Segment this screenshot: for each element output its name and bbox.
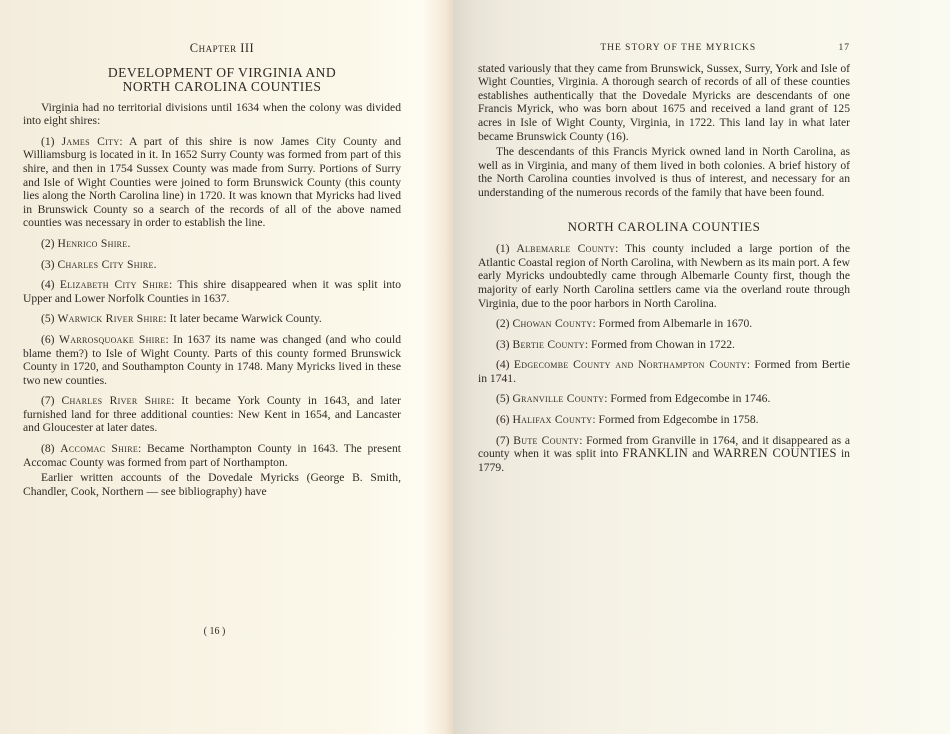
county-entry-1: (1) Albemarle County: This county includ… xyxy=(478,242,850,310)
page-number: 17 xyxy=(839,42,851,56)
continued-paragraph: stated variously that they came from Bru… xyxy=(478,62,850,144)
right-page: THE STORY OF THE MYRICKS 17 stated vario… xyxy=(453,0,950,734)
shire-name: Elizabeth City Shire xyxy=(60,278,169,291)
chapter-title-line2: NORTH CAROLINA COUNTIES xyxy=(43,80,401,94)
county-name: Bertie County xyxy=(512,338,584,351)
chapter-title: DEVELOPMENT OF VIRGINIA AND NORTH CAROLI… xyxy=(43,66,401,94)
chapter-label: Chapter III xyxy=(43,42,401,56)
shire-entry-2: (2) Henrico Shire. xyxy=(23,237,401,251)
shire-name: James City xyxy=(62,135,120,148)
page-folio: ( 16 ) xyxy=(0,626,441,637)
closing-paragraph: Earlier written accounts of the Dovedale… xyxy=(23,471,401,498)
county-name: Edgecombe County and Northampton County xyxy=(514,358,747,371)
county-name: Halifax County xyxy=(512,413,592,426)
shire-name: Accomac Shire xyxy=(60,442,138,455)
county-name: Albemarle County xyxy=(516,242,615,255)
right-page-text: THE STORY OF THE MYRICKS 17 stated vario… xyxy=(478,42,850,481)
county-entry-3: (3) Bertie County: Formed from Chowan in… xyxy=(478,338,850,352)
county-entry-6: (6) Halifax County: Formed from Edgecomb… xyxy=(478,413,850,427)
intro-paragraph: Virginia had no territorial divisions un… xyxy=(23,101,401,128)
shire-entry-4: (4) Elizabeth City Shire: This shire dis… xyxy=(23,278,401,305)
shire-name: Charles River Shire xyxy=(61,394,171,407)
county-entry-4: (4) Edgecombe County and Northampton Cou… xyxy=(478,358,850,385)
running-head: THE STORY OF THE MYRICKS 17 xyxy=(478,42,850,56)
shire-entry-5: (5) Warwick River Shire: It later became… xyxy=(23,312,401,326)
shire-name: Henrico Shire xyxy=(57,237,127,250)
section-heading: NORTH CAROLINA COUNTIES xyxy=(478,220,850,234)
shire-name: Warwick River Shire xyxy=(57,312,163,325)
county-name: Chowan County xyxy=(512,317,592,330)
county-name: Bute County xyxy=(513,434,579,447)
county-name: Granville County xyxy=(512,392,604,405)
chapter-title-line1: DEVELOPMENT OF VIRGINIA AND xyxy=(43,66,401,80)
county-entry-2: (2) Chowan County: Formed from Albemarle… xyxy=(478,317,850,331)
county-entry-7: (7) Bute County: Formed from Granville i… xyxy=(478,434,850,475)
left-page-text: Chapter III DEVELOPMENT OF VIRGINIA AND … xyxy=(23,42,401,505)
shire-entry-1: (1) James City: A part of this shire is … xyxy=(23,135,401,230)
running-head-title: THE STORY OF THE MYRICKS xyxy=(478,42,839,56)
shire-entry-3: (3) Charles City Shire. xyxy=(23,258,401,272)
shire-name: Charles City Shire xyxy=(57,258,153,271)
shire-name: Warrosquoake Shire xyxy=(59,333,165,346)
descendants-paragraph: The descendants of this Francis Myrick o… xyxy=(478,145,850,199)
left-page: Chapter III DEVELOPMENT OF VIRGINIA AND … xyxy=(0,0,453,734)
book-spread: Chapter III DEVELOPMENT OF VIRGINIA AND … xyxy=(0,0,950,734)
shire-entry-7: (7) Charles River Shire: It became York … xyxy=(23,394,401,435)
shire-entry-8: (8) Accomac Shire: Became Northampton Co… xyxy=(23,442,401,469)
county-entry-5: (5) Granville County: Formed from Edgeco… xyxy=(478,392,850,406)
shire-entry-6: (6) Warrosquoake Shire: In 1637 its name… xyxy=(23,333,401,387)
